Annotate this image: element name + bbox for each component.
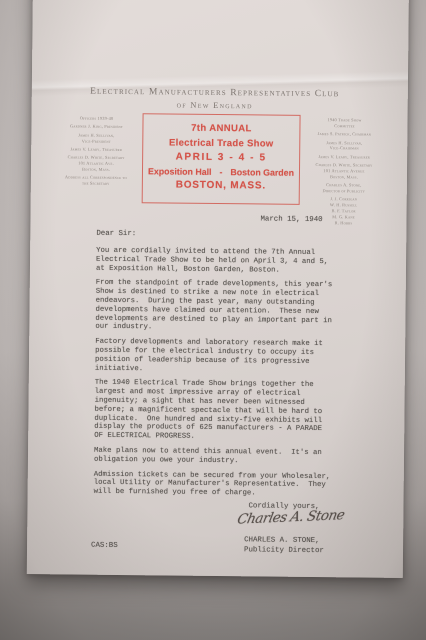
show-box-garden: Boston Garden (230, 167, 294, 178)
show-box-venue-line: Exposition Hall - Boston Garden (143, 166, 299, 178)
letter-paper: Electrical Manufacturers Representatives… (27, 0, 409, 578)
committee-list: 1940 Trade Show Committee James S. Patri… (297, 117, 390, 226)
reference-initials: CAS:BS (91, 542, 118, 550)
officers-list: Officers 1939-40 Gardner J. King, Presid… (53, 115, 140, 187)
committee-line: Vice-Chairman (298, 145, 390, 151)
letter-date: March 15, 1940 (260, 215, 322, 224)
committee-line: James S. Patrick, Chairman (298, 131, 390, 137)
committee-line: Boston, Mass. (298, 174, 390, 180)
officer-line: James V. Leary, Treasurer (53, 146, 139, 152)
paragraph-factory-research: Factory developments and laboratory rese… (95, 338, 333, 376)
paragraph-make-plans: Make plans now to attend this annual eve… (94, 447, 332, 467)
show-box-hall: Exposition Hall (148, 166, 212, 177)
paragraph-admission-tickets: Admission tickets can be secured from yo… (94, 470, 332, 499)
show-box-annual-line: 7th ANNUAL (143, 122, 299, 135)
officer-line: the Secretary (53, 180, 139, 186)
letterhead-org-region: of New England (27, 98, 409, 112)
officer-line: Address all Correspondence to (53, 175, 139, 181)
signature-block: CHARLES A. STONE, Publicity Director (244, 536, 324, 556)
signed-title: Publicity Director (244, 546, 324, 556)
committee-line: Director of Publicity (298, 188, 390, 194)
show-box-separator: - (219, 167, 222, 177)
paragraph-1940-show: The 1940 Electrical Trade Show brings to… (94, 379, 333, 443)
letter-body: You are cordially invited to attend the … (94, 247, 335, 505)
signed-name: CHARLES A. STONE, (244, 536, 324, 546)
officer-line: Boston, Mass. (53, 166, 139, 172)
committee-line: James V. Leary, Treasurer (298, 154, 390, 160)
letter-content: Electrical Manufacturers Representatives… (27, 0, 409, 578)
photo-background: Electrical Manufacturers Representatives… (0, 0, 426, 640)
officers-title: Officers 1939-40 (54, 115, 140, 121)
committee-title: Committee (298, 123, 390, 129)
salutation: Dear Sir: (96, 230, 136, 238)
officer-line: Gardner J. King, President (53, 124, 139, 130)
show-box-dates-line: APRIL 3 - 4 - 5 (143, 151, 299, 164)
show-box-title-line: Electrical Trade Show (143, 137, 299, 150)
paragraph-invitation: You are cordially invited to attend the … (96, 247, 334, 276)
show-box-city-line: BOSTON, MASS. (143, 180, 299, 193)
trade-show-announcement-box: 7th ANNUAL Electrical Trade Show APRIL 3… (142, 113, 301, 205)
officer-line: Vice-President (53, 138, 139, 144)
paragraph-trade-developments: From the standpoint of trade development… (95, 279, 334, 334)
